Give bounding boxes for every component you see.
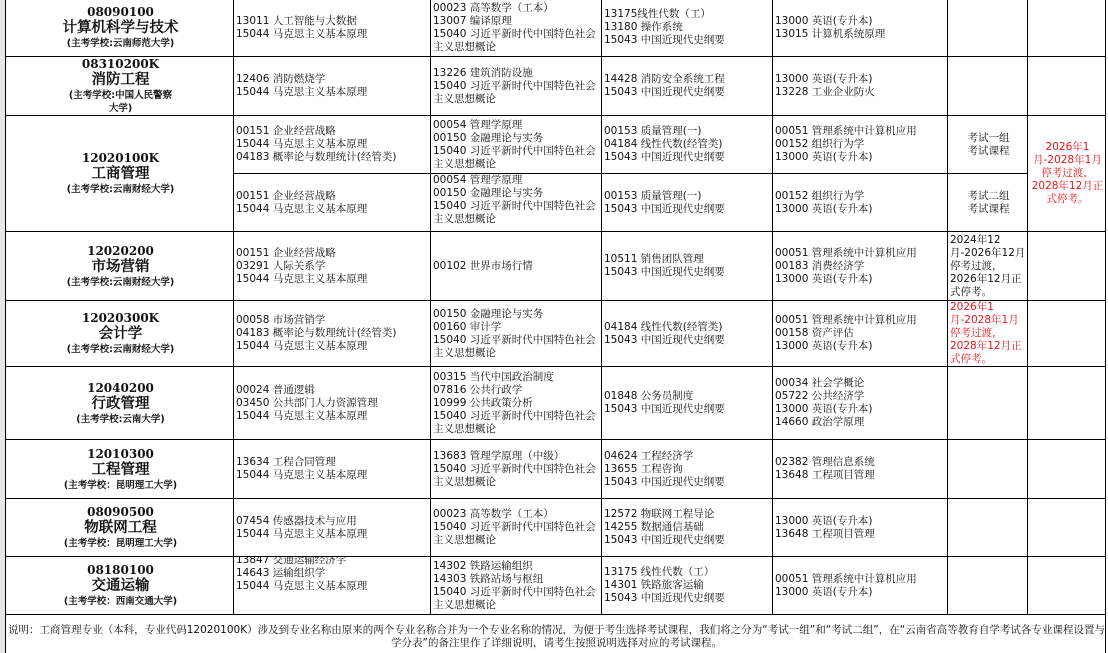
- group-cell[interactable]: [948, 57, 1028, 116]
- course-cell-col4[interactable]: 13175 线性代数（工） 14301 铁路旅客运输 15043 中国近现代史纲…: [602, 557, 773, 615]
- major-school: (主考学校:中国人民警察大学): [8, 89, 233, 115]
- group-label: 考试一组: [950, 132, 1027, 145]
- major-cell[interactable]: 12020300K 会计学 (主考学校:云南财经大学): [6, 301, 234, 367]
- group-cell[interactable]: 考试二组 考试课程: [948, 174, 1028, 232]
- course-item: 00150 金融理论与实务: [433, 187, 601, 200]
- course-item: 00051 管理系统中计算机应用: [775, 247, 947, 260]
- course-item: 13007 编译原理: [433, 15, 601, 28]
- course-item: 00158 资产评估: [775, 327, 947, 340]
- course-item: 13175 线性代数（工）: [604, 566, 772, 579]
- course-item: 15043 中国近现代史纲要: [604, 334, 772, 347]
- table-row: 12020300K 会计学 (主考学校:云南财经大学) 00058 市场营销学 …: [6, 301, 1106, 367]
- note-cell[interactable]: [1028, 232, 1106, 301]
- course-item: 15043 中国近现代史纲要: [604, 151, 772, 164]
- course-cell-col5[interactable]: 00051 管理系统中计算机应用 00152 组织行为学 13000 英语(专升…: [773, 116, 948, 174]
- course-item: 00023 高等数学（工本）: [433, 508, 601, 521]
- course-item: 14301 铁路旅客运输: [604, 579, 772, 592]
- course-item: 00153 质量管理(一): [604, 125, 772, 138]
- course-item: 00051 管理系统中计算机应用: [775, 125, 947, 138]
- course-cell-col5[interactable]: 00051 管理系统中计算机应用 00183 消费经济学 13000 英语(专升…: [773, 232, 948, 301]
- course-item: 13000 英语(专升本): [775, 73, 947, 86]
- major-name: 工商管理: [8, 165, 233, 183]
- course-cell-col2[interactable]: 13847 交通运输经济学 14643 运输组织学 15044 马克思主义基本原…: [234, 557, 431, 615]
- course-cell-col3[interactable]: 00315 当代中国政治制度 07816 公共行政学 10999 公共政策分析 …: [431, 367, 602, 440]
- course-item: 00151 企业经营战略: [236, 247, 430, 260]
- course-cell-col5[interactable]: 13000 英语(专升本) 13228 工业企业防火: [773, 57, 948, 116]
- course-item: 02382 管理信息系统: [775, 456, 947, 469]
- group-cell[interactable]: [948, 0, 1028, 57]
- course-cell-col2[interactable]: 00151 企业经营战略 03291 人际关系学 15044 马克思主义基本原理: [234, 232, 431, 301]
- course-item: 00058 市场营销学: [236, 314, 430, 327]
- course-cell-col2[interactable]: 00058 市场营销学 04183 概率论与数理统计(经管类) 15044 马克…: [234, 301, 431, 367]
- course-item: 13000 英语(专升本): [775, 273, 947, 286]
- course-cell-col4[interactable]: 04184 线性代数(经管类) 15043 中国近现代史纲要: [602, 301, 773, 367]
- course-cell-col4[interactable]: 13175线性代数（工） 13180 操作系统 15043 中国近现代史纲要: [602, 0, 773, 57]
- table-row: 08310200K 消防工程 (主考学校:中国人民警察大学) 12406 消防燃…: [6, 57, 1106, 116]
- major-school: (主考学校：西南交通大学): [8, 595, 233, 608]
- table-row: 12040200 行政管理 (主考学校:云南大学) 00024 普通逻辑 034…: [6, 367, 1106, 440]
- group-cell[interactable]: [948, 499, 1028, 557]
- table-row: 12020100K 工商管理 (主考学校:云南财经大学) 00151 企业经营战…: [6, 116, 1106, 174]
- course-item: 15044 马克思主义基本原理: [236, 340, 430, 353]
- course-item: 13847 交通运输经济学: [236, 557, 430, 568]
- course-item: 15043 中国近现代史纲要: [604, 266, 772, 279]
- suspension-note: 2026年1月-2028年1月停考过渡，2028年12月正式停考。: [950, 301, 1022, 365]
- major-school: (主考学校：昆明理工大学): [8, 537, 233, 550]
- course-item: 13000 英语(专升本): [775, 586, 947, 599]
- group-label: 考试课程: [950, 145, 1027, 158]
- course-item: 13015 计算机系统原理: [775, 28, 947, 41]
- course-cell-col2[interactable]: 00151 企业经营战略 15044 马克思主义基本原理: [234, 174, 431, 232]
- major-cell[interactable]: 08090500 物联网工程 (主考学校：昆明理工大学): [6, 499, 234, 557]
- remark-cell[interactable]: 说明：工商管理专业（本科，专业代码12020100K）涉及到专业名称由原来的两个…: [6, 615, 1106, 653]
- course-item: 15043 中国近现代史纲要: [604, 592, 772, 605]
- course-item: 13683 管理学原理（中级）: [433, 450, 601, 463]
- major-name: 会计学: [8, 325, 233, 343]
- course-item: 15043 中国近现代史纲要: [604, 86, 772, 99]
- course-cell-col4[interactable]: 10511 销售团队管理 15043 中国近现代史纲要: [602, 232, 773, 301]
- course-item: 14643 运输组织学: [236, 567, 430, 580]
- course-item: 04183 概率论与数理统计(经管类): [236, 151, 430, 164]
- course-cell-col2[interactable]: 00151 企业经营战略 15044 马克思主义基本原理 04183 概率论与数…: [234, 116, 431, 174]
- major-school: (主考学校:云南师范大学): [8, 37, 233, 50]
- course-cell-col3[interactable]: 00102 世界市场行情: [431, 232, 602, 301]
- course-item: 00183 消费经济学: [775, 260, 947, 273]
- note-cell[interactable]: [1028, 301, 1106, 367]
- course-cell-col3[interactable]: 00023 高等数学（工本） 15040 习近平新时代中国特色社会主义思想概论: [431, 499, 602, 557]
- note-cell[interactable]: 2026年1月-2028年1月停考过渡，2028年12月正式停考。: [948, 301, 1028, 367]
- course-item: 04184 线性代数(经管类): [604, 321, 772, 334]
- course-item: 15044 马克思主义基本原理: [236, 203, 430, 216]
- course-item: 15044 马克思主义基本原理: [236, 86, 430, 99]
- course-item: 15040 习近平新时代中国特色社会主义思想概论: [433, 200, 601, 226]
- course-item: 15040 习近平新时代中国特色社会主义思想概论: [433, 145, 601, 171]
- major-school: (主考学校:云南财经大学): [8, 276, 233, 289]
- course-item: 00024 普通逻辑: [236, 384, 430, 397]
- group-cell[interactable]: [948, 440, 1028, 499]
- course-cell-col5[interactable]: 00051 管理系统中计算机应用 13000 英语(专升本): [773, 557, 948, 615]
- suspension-note: 2024年12月-2026年12月停考过渡，2026年12月正式停考。: [950, 234, 1025, 298]
- major-cell[interactable]: 08090100 计算机科学与技术 (主考学校:云南师范大学): [6, 0, 234, 57]
- course-cell-col4[interactable]: 04624 工程经济学 13655 工程咨询 15043 中国近现代史纲要: [602, 440, 773, 499]
- course-item: 13000 英语(专升本): [775, 340, 947, 353]
- course-cell-col3[interactable]: 00150 金融理论与实务 00160 审计学 15040 习近平新时代中国特色…: [431, 301, 602, 367]
- course-cell-col5[interactable]: 00034 社会学概论 05722 公共经济学 13000 英语(专升本) 14…: [773, 367, 948, 440]
- course-cell-col3[interactable]: 00023 高等数学（工本） 13007 编译原理 15040 习近平新时代中国…: [431, 0, 602, 57]
- course-cell-col2[interactable]: 13634 工程合同管理 15044 马克思主义基本原理: [234, 440, 431, 499]
- course-item: 00152 组织行为学: [775, 138, 947, 151]
- course-item: 13228 工业企业防火: [775, 86, 947, 99]
- course-item: 04184 线性代数(经管类): [604, 138, 772, 151]
- major-code: 08090100: [8, 5, 233, 19]
- course-cell-col5[interactable]: 00051 管理系统中计算机应用 00158 资产评估 13000 英语(专升本…: [773, 301, 948, 367]
- major-school: (主考学校:云南财经大学): [8, 343, 233, 356]
- major-name: 交通运输: [8, 577, 233, 595]
- major-school: (主考学校:云南财经大学): [8, 183, 233, 196]
- course-item: 00153 质量管理(一): [604, 190, 772, 203]
- course-item: 04183 概率论与数理统计(经管类): [236, 327, 430, 340]
- course-item: 00051 管理系统中计算机应用: [775, 573, 947, 586]
- course-item: 10511 销售团队管理: [604, 253, 772, 266]
- course-item: 13180 操作系统: [604, 21, 772, 34]
- course-item: 00054 管理学原理: [433, 119, 601, 132]
- course-cell-col4[interactable]: 00153 质量管理(一) 04184 线性代数(经管类) 15043 中国近现…: [602, 116, 773, 174]
- course-cell-col5[interactable]: 13000 英语(专升本) 13015 计算机系统原理: [773, 0, 948, 57]
- major-cell[interactable]: 08310200K 消防工程 (主考学校:中国人民警察大学): [6, 57, 234, 116]
- course-item: 00034 社会学概论: [775, 377, 947, 390]
- major-name: 行政管理: [8, 395, 233, 413]
- course-item: 13000 英语(专升本): [775, 151, 947, 164]
- note-cell[interactable]: 2024年12月-2026年12月停考过渡，2026年12月正式停考。: [948, 232, 1028, 301]
- table-row: 08090500 物联网工程 (主考学校：昆明理工大学) 07454 传感器技术…: [6, 499, 1106, 557]
- course-cell-col3[interactable]: 00054 管理学原理 00150 金融理论与实务 15040 习近平新时代中国…: [431, 116, 602, 174]
- major-name: 市场营销: [8, 258, 233, 276]
- major-code: 12020100K: [8, 151, 233, 165]
- major-cell[interactable]: 12020200 市场营销 (主考学校:云南财经大学): [6, 232, 234, 301]
- course-item: 15040 习近平新时代中国特色社会主义思想概论: [433, 410, 601, 436]
- course-cell-col3[interactable]: 13683 管理学原理（中级） 15040 习近平新时代中国特色社会主义思想概论: [431, 440, 602, 499]
- course-item: 15044 马克思主义基本原理: [236, 469, 430, 482]
- major-code: 12040200: [8, 381, 233, 395]
- course-cell-col4[interactable]: 00153 质量管理(一) 15043 中国近现代史纲要: [602, 174, 773, 232]
- major-code: 12010300: [8, 447, 233, 461]
- group-cell[interactable]: [948, 367, 1028, 440]
- group-label: 考试二组: [950, 190, 1027, 203]
- table-row: 12010300 工程管理 (主考学校：昆明理工大学) 13634 工程合同管理…: [6, 440, 1106, 499]
- table-row: 08180100 交通运输 (主考学校：西南交通大学) 13847 交通运输经济…: [6, 557, 1106, 615]
- major-name: 计算机科学与技术: [8, 19, 233, 37]
- course-item: 07816 公共行政学: [433, 384, 601, 397]
- course-item: 14428 消防安全系统工程: [604, 73, 772, 86]
- course-item: 00150 金融理论与实务: [433, 308, 601, 321]
- major-cell[interactable]: 12040200 行政管理 (主考学校:云南大学): [6, 367, 234, 440]
- course-item: 15040 习近平新时代中国特色社会主义思想概论: [433, 334, 601, 360]
- course-cell-col3[interactable]: 13226 建筑消防设施 15040 习近平新时代中国特色社会主义思想概论: [431, 57, 602, 116]
- note-cell[interactable]: [1028, 557, 1106, 615]
- course-item: 13011 人工智能与大数据: [236, 15, 430, 28]
- course-item: 14302 铁路运输组织: [433, 560, 601, 573]
- course-item: 13000 英语(专升本): [775, 203, 947, 216]
- course-item: 03291 人际关系学: [236, 260, 430, 273]
- course-item: 15040 习近平新时代中国特色社会主义思想概论: [433, 80, 601, 106]
- course-item: 01848 公务员制度: [604, 390, 772, 403]
- course-item: 00051 管理系统中计算机应用: [775, 314, 947, 327]
- course-item: 15044 马克思主义基本原理: [236, 410, 430, 423]
- course-item: 15040 习近平新时代中国特色社会主义思想概论: [433, 463, 601, 489]
- course-item: 13634 工程合同管理: [236, 456, 430, 469]
- major-code: 08090500: [8, 505, 233, 519]
- course-item: 15044 马克思主义基本原理: [236, 528, 430, 541]
- course-cell-col5[interactable]: 00152 组织行为学 13000 英语(专升本): [773, 174, 948, 232]
- course-item: 15044 马克思主义基本原理: [236, 580, 430, 593]
- course-item: 15040 习近平新时代中国特色社会主义思想概论: [433, 28, 601, 54]
- course-item: 13648 工程项目管理: [775, 469, 947, 482]
- remark-text: 说明：工商管理专业（本科，专业代码12020100K）涉及到专业名称由原来的两个…: [8, 624, 1105, 650]
- suspension-note: 2026年1月-2028年1月停考过渡，2028年12月正式停考。: [1032, 141, 1104, 205]
- major-cell[interactable]: 12020100K 工商管理 (主考学校:云南财经大学): [6, 116, 234, 232]
- course-item: 00054 管理学原理: [433, 174, 601, 187]
- course-item: 03450 公共部门人力资源管理: [236, 397, 430, 410]
- course-cell-col4[interactable]: 12572 物联网工程导论 14255 数据通信基础 15043 中国近现代史纲…: [602, 499, 773, 557]
- course-item: 00152 组织行为学: [775, 190, 947, 203]
- note-cell[interactable]: [1028, 367, 1106, 440]
- course-item: 13000 英语(专升本): [775, 15, 947, 28]
- major-name: 物联网工程: [8, 519, 233, 537]
- course-item: 13655 工程咨询: [604, 463, 772, 476]
- group-label: 考试课程: [950, 203, 1027, 216]
- course-cell-col3[interactable]: 00054 管理学原理 00150 金融理论与实务 15040 习近平新时代中国…: [431, 174, 602, 232]
- course-item: 15043 中国近现代史纲要: [604, 476, 772, 489]
- course-cell-col5[interactable]: 13000 英语(专升本) 13648 工程项目管理: [773, 499, 948, 557]
- course-item: 00160 审计学: [433, 321, 601, 334]
- note-cell[interactable]: 2026年1月-2028年1月停考过渡，2028年12月正式停考。: [1028, 116, 1106, 232]
- course-item: 12406 消防燃烧学: [236, 73, 430, 86]
- course-item: 05722 公共经济学: [775, 390, 947, 403]
- course-item: 00023 高等数学（工本）: [433, 2, 601, 15]
- course-cell-col2[interactable]: 00024 普通逻辑 03450 公共部门人力资源管理 15044 马克思主义基…: [234, 367, 431, 440]
- table-row: 12020200 市场营销 (主考学校:云南财经大学) 00151 企业经营战略…: [6, 232, 1106, 301]
- course-item: 14303 铁路站场与枢纽: [433, 573, 601, 586]
- course-item: 15040 习近平新时代中国特色社会主义思想概论: [433, 586, 601, 612]
- major-cell[interactable]: 08180100 交通运输 (主考学校：西南交通大学): [6, 557, 234, 615]
- course-cell-col2[interactable]: 12406 消防燃烧学 15044 马克思主义基本原理: [234, 57, 431, 116]
- course-cell-col5[interactable]: 02382 管理信息系统 13648 工程项目管理: [773, 440, 948, 499]
- course-item: 00102 世界市场行情: [433, 260, 601, 273]
- group-cell[interactable]: [948, 557, 1028, 615]
- remark-row: 说明：工商管理专业（本科，专业代码12020100K）涉及到专业名称由原来的两个…: [6, 615, 1106, 653]
- major-name: 工程管理: [8, 461, 233, 479]
- course-item: 00151 企业经营战略: [236, 125, 430, 138]
- table-row: 08090100 计算机科学与技术 (主考学校:云南师范大学) 13011 人工…: [6, 0, 1106, 57]
- course-item: 15043 中国近现代史纲要: [604, 203, 772, 216]
- course-item: 15044 马克思主义基本原理: [236, 28, 430, 41]
- course-cell-col4[interactable]: 14428 消防安全系统工程 15043 中国近现代史纲要: [602, 57, 773, 116]
- note-cell[interactable]: [1028, 440, 1106, 499]
- course-item: 15043 中国近现代史纲要: [604, 34, 772, 47]
- major-school: (主考学校：昆明理工大学): [8, 479, 233, 492]
- course-item: 15044 马克思主义基本原理: [236, 273, 430, 286]
- course-item: 07454 传感器技术与应用: [236, 515, 430, 528]
- major-code: 08310200K: [8, 57, 233, 71]
- note-cell[interactable]: [1028, 499, 1106, 557]
- course-item: 00151 企业经营战略: [236, 190, 430, 203]
- course-item: 13648 工程项目管理: [775, 528, 947, 541]
- course-item: 13000 英语(专升本): [775, 515, 947, 528]
- course-item: 13175线性代数（工）: [604, 8, 772, 21]
- course-cell-col2[interactable]: 07454 传感器技术与应用 15044 马克思主义基本原理: [234, 499, 431, 557]
- course-item: 15040 习近平新时代中国特色社会主义思想概论: [433, 521, 601, 547]
- course-cell-col3[interactable]: 14302 铁路运输组织 14303 铁路站场与枢纽 15040 习近平新时代中…: [431, 557, 602, 615]
- course-item: 14660 政治学原理: [775, 416, 947, 429]
- note-cell[interactable]: [1028, 0, 1106, 57]
- course-table: 08090100 计算机科学与技术 (主考学校:云南师范大学) 13011 人工…: [5, 0, 1106, 653]
- major-code: 12020300K: [8, 311, 233, 325]
- major-cell[interactable]: 12010300 工程管理 (主考学校：昆明理工大学): [6, 440, 234, 499]
- major-school: (主考学校:云南大学): [8, 413, 233, 426]
- major-name: 消防工程: [8, 71, 233, 89]
- course-item: 13000 英语(专升本): [775, 403, 947, 416]
- course-cell-col4[interactable]: 01848 公务员制度 15043 中国近现代史纲要: [602, 367, 773, 440]
- course-item: 10999 公共政策分析: [433, 397, 601, 410]
- major-code: 08180100: [8, 563, 233, 577]
- course-cell-col2[interactable]: 13011 人工智能与大数据 15044 马克思主义基本原理: [234, 0, 431, 57]
- course-item: 15043 中国近现代史纲要: [604, 403, 772, 416]
- course-item: 14255 数据通信基础: [604, 521, 772, 534]
- course-item: 15044 马克思主义基本原理: [236, 138, 430, 151]
- major-code: 12020200: [8, 244, 233, 258]
- note-cell[interactable]: [1028, 57, 1106, 116]
- group-cell[interactable]: 考试一组 考试课程: [948, 116, 1028, 174]
- course-item: 04624 工程经济学: [604, 450, 772, 463]
- course-item: 00150 金融理论与实务: [433, 132, 601, 145]
- course-item: 00315 当代中国政治制度: [433, 371, 601, 384]
- course-item: 13226 建筑消防设施: [433, 67, 601, 80]
- course-item: 15043 中国近现代史纲要: [604, 534, 772, 547]
- course-item: 12572 物联网工程导论: [604, 508, 772, 521]
